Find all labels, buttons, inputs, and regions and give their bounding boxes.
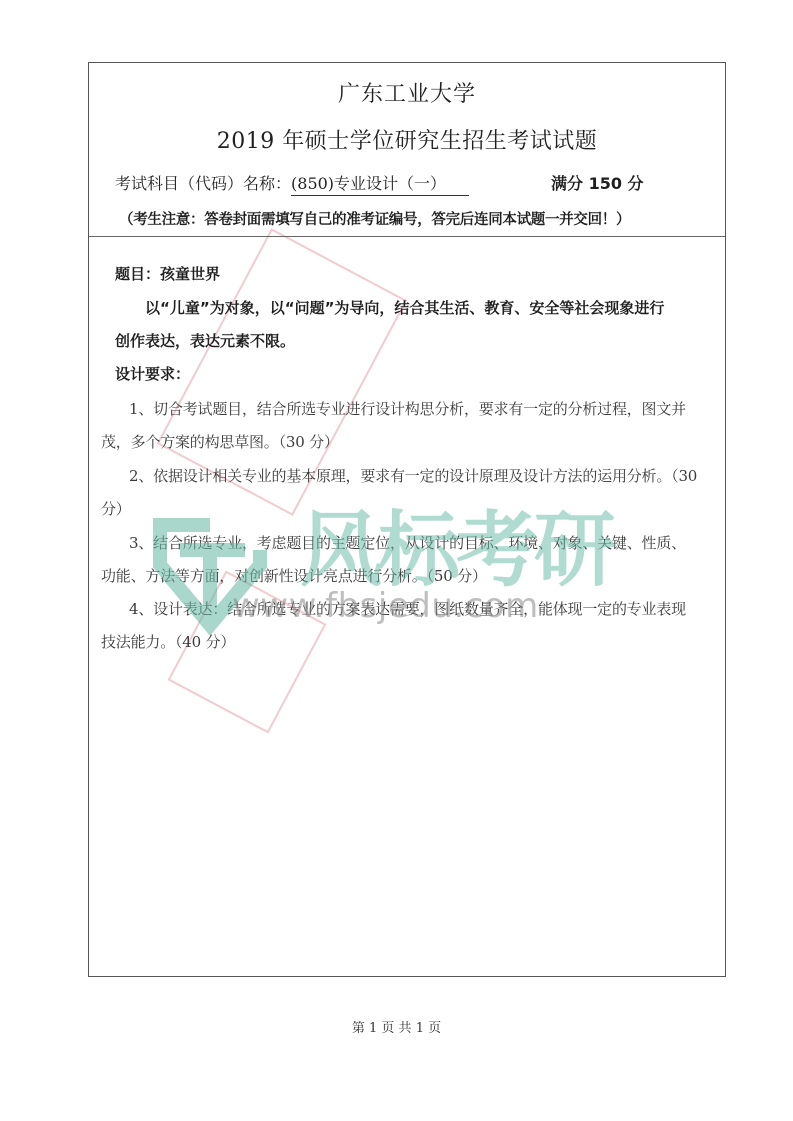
subject-code-value: (850)专业设计（一） bbox=[291, 171, 469, 196]
university-name: 广东工业大学 bbox=[89, 77, 725, 108]
topic-title: 题目：孩童世界 bbox=[115, 263, 220, 284]
requirement-2-line-2: 分） bbox=[101, 498, 131, 519]
subject-label: 考试科目（代码）名称： bbox=[115, 174, 291, 193]
page-footer: 第 1 页 共 1 页 bbox=[0, 1017, 793, 1036]
candidate-notice: （考生注意：答卷封面需填写自己的准考证编号，答完后连同本试题一并交回！） bbox=[119, 208, 630, 229]
exam-title: 2019 年硕士学位研究生招生考试试题 bbox=[89, 124, 725, 155]
requirement-3-line-2: 功能、方法等方面，对创新性设计亮点进行分析。（50 分） bbox=[101, 565, 487, 586]
requirement-4-line-1: 4、设计表达：结合所选专业的方案表达需要，图纸数量齐全，能体现一定的专业表现 bbox=[129, 598, 686, 619]
intro-line-1: 以“儿童”为对象，以“问题”为导向，结合其生活、教育、安全等社会现象进行 bbox=[145, 297, 664, 318]
full-score: 满分 150 分 bbox=[551, 171, 644, 194]
intro-line-2: 创作表达，表达元素不限。 bbox=[115, 330, 295, 351]
requirement-3-line-1: 3、结合所选专业，考虑题目的主题定位，从设计的目标、环境、对象、关键、性质、 bbox=[129, 532, 686, 553]
requirement-4-line-2: 技法能力。（40 分） bbox=[101, 631, 235, 652]
subject-row: 考试科目（代码）名称：(850)专业设计（一） bbox=[115, 171, 469, 196]
requirements-heading: 设计要求： bbox=[115, 363, 190, 384]
exam-header: 广东工业大学 2019 年硕士学位研究生招生考试试题 考试科目（代码）名称：(8… bbox=[89, 63, 725, 237]
requirement-1-line-2: 茂，多个方案的构思草图。（30 分） bbox=[101, 431, 339, 452]
requirement-2-line-1: 2、依据设计相关专业的基本原理，要求有一定的设计原理及设计方法的运用分析。（30 bbox=[129, 465, 697, 486]
requirement-1-line-1: 1、切合考试题目，结合所选专业进行设计构思分析，要求有一定的分析过程，图文并 bbox=[129, 398, 686, 419]
exam-paper-frame: 广东工业大学 2019 年硕士学位研究生招生考试试题 考试科目（代码）名称：(8… bbox=[88, 62, 726, 977]
